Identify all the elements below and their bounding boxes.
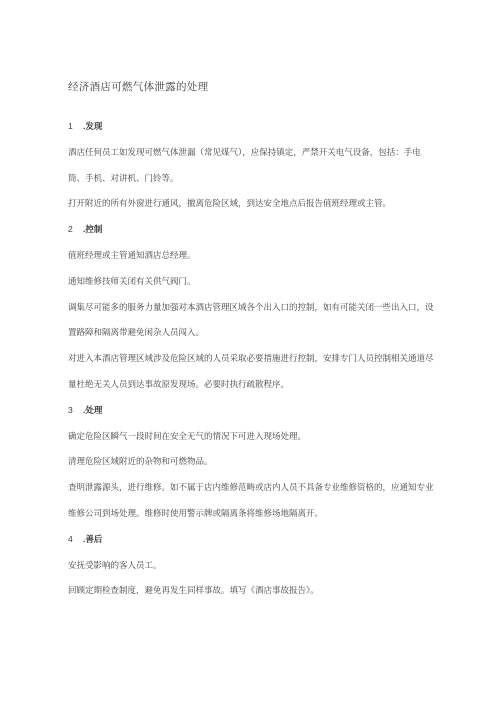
section-label: .善后 [83, 534, 102, 544]
paragraph: 调集尽可能多的服务力量加强对本酒店管理区域各个出入口的控制，如有可能关闭一些出入… [68, 295, 436, 347]
section-number: 3 [68, 398, 74, 424]
section-label: .控制 [83, 224, 102, 234]
paragraph: 回顾定期检查制度，避免再发生同样事故。填写《酒店事故报告》。 [68, 578, 436, 604]
section-heading-2: 2.控制 [68, 217, 436, 243]
document-page: 经济酒店可燃气体泄露的处理 1.发现 酒店任何员工如发现可燃气体泄漏（常见煤气）… [0, 0, 500, 707]
section-heading-1: 1.发现 [68, 114, 436, 140]
paragraph: 通知维修技师关闭有关供气阀门。 [68, 269, 436, 295]
paragraph: 查明泄露源头，进行维修。如不属于店内维修范畴或店内人员不具备专业维修资格的，应通… [68, 475, 436, 527]
paragraph: 清理危险区域附近的杂物和可燃物品。 [68, 449, 436, 475]
section-label: .处理 [83, 405, 102, 415]
paragraph: 打开附近的所有外窗进行通风，撤离危险区域，到达安全地点后报告值班经理或主管。 [68, 191, 436, 217]
section-number: 4 [68, 527, 74, 553]
section-number: 2 [68, 217, 74, 243]
paragraph: 确定危险区瞬气一段时间在安全无气的情况下可进入现场处理。 [68, 424, 436, 450]
paragraph: 酒店任何员工如发现可燃气体泄漏（常见煤气），应保持镇定，严禁开关电气设备，包括：… [68, 140, 436, 192]
paragraph: 值班经理或主管通知酒店总经理。 [68, 243, 436, 269]
section-heading-3: 3.处理 [68, 398, 436, 424]
document-content: 经济酒店可燃气体泄露的处理 1.发现 酒店任何员工如发现可燃气体泄漏（常见煤气）… [68, 80, 436, 604]
paragraph: 对进入本酒店管理区域涉及危险区域的人员采取必要措施进行控制，安排专门人员控制相关… [68, 346, 436, 398]
section-label: .发现 [83, 121, 102, 131]
paragraph: 安抚受影响的客人员工。 [68, 553, 436, 579]
section-number: 1 [68, 114, 74, 140]
section-heading-4: 4.善后 [68, 527, 436, 553]
page-title: 经济酒店可燃气体泄露的处理 [68, 80, 436, 94]
